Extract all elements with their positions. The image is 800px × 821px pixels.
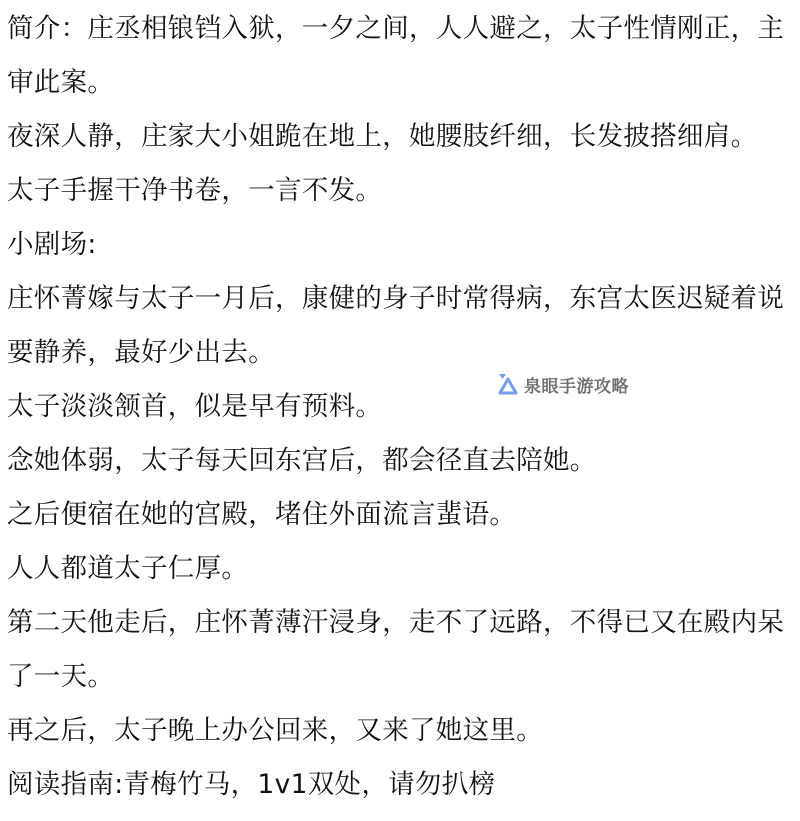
synopsis-paragraph: 简介：庄丞相锒铛入狱，一夕之间，人人避之，太子性情刚正，主审此案。 — [7, 2, 797, 110]
paragraph: 人人都道太子仁厚。 — [7, 542, 797, 596]
paragraph: 再之后，太子晚上办公回来，又来了她这里。 — [7, 704, 797, 758]
paragraph: 夜深人静，庄家大小姐跪在地上，她腰肢纤细，长发披搭细肩。 — [7, 110, 797, 164]
paragraph: 念她体弱，太子每天回东宫后，都会径直去陪她。 — [7, 434, 797, 488]
paragraph: 太子手握干净书卷，一言不发。 — [7, 164, 797, 218]
section-heading-mini-theater: 小剧场: — [7, 218, 797, 272]
triangle-logo-icon — [498, 373, 518, 395]
paragraph: 第二天他走后，庄怀菁薄汗浸身，走不了远路，不得已又在殿内呆了一天。 — [7, 596, 797, 704]
paragraph: 之后便宿在她的宫殿，堵住外面流言蜚语。 — [7, 488, 797, 542]
paragraph: 庄怀菁嫁与太子一月后，康健的身子时常得病，东宫太医迟疑着说要静养，最好少出去。 — [7, 272, 797, 380]
document-body: 简介：庄丞相锒铛入狱，一夕之间，人人避之，太子性情刚正，主审此案。 夜深人静，庄… — [7, 0, 797, 812]
reading-guide: 阅读指南:青梅竹马，1v1双处，请勿扒榜 — [7, 758, 797, 812]
paragraph: 太子淡淡颔首，似是早有预料。 — [7, 380, 797, 434]
watermark-text: 泉眼手游攻略 — [524, 372, 629, 397]
watermark: 泉眼手游攻略 — [498, 370, 629, 398]
